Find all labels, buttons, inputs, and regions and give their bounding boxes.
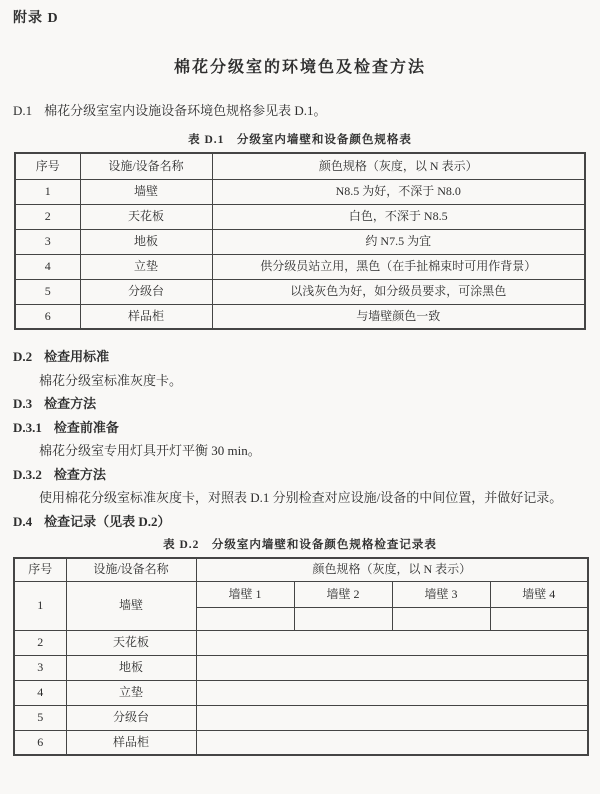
section-heading-d2: D.2检查用标准 [13,345,587,369]
table-row: 1 墙壁 N8.5 为好，不深于 N8.0 [15,179,585,204]
cell-wall-4-value [490,607,588,630]
table-d2-caption: 表 D.2 分级室内墙壁和设备颜色规格检查记录表 [13,536,587,552]
table-row: 3 地板 [14,655,588,680]
table-row: 5 分级台 [14,705,588,730]
table-row: 6 样品柜 与墙壁颜色一致 [15,304,585,329]
cell-wall-3-value [392,607,490,630]
section-heading-d32: D.3.2检查方法 [13,463,587,487]
cell-name: 立垫 [66,680,196,705]
cell-number: 6 [15,304,80,329]
cell-spec: 供分级员站立用，黑色（在手扯棉束时可用作背景） [212,254,585,279]
column-header-name: 设施/设备名称 [80,153,212,179]
cell-name: 墙壁 [66,581,196,630]
table-d1: 序号 设施/设备名称 颜色规格（灰度，以 N 表示） 1 墙壁 N8.5 为好，… [14,152,586,330]
table-d1-caption: 表 D.1 分级室内墙壁和设备颜色规格表 [13,131,587,147]
cell-record-value [196,630,588,655]
cell-record-value [196,705,588,730]
cell-name: 立垫 [80,254,212,279]
cell-number: 5 [15,279,80,304]
cell-number: 6 [14,730,66,755]
cell-number: 1 [15,179,80,204]
cell-spec: 白色，不深于 N8.5 [212,204,585,229]
column-header-seq: 序号 [14,558,66,581]
table-row: 3 地板 约 N7.5 为宜 [15,229,585,254]
paragraph-d31: 棉花分级室专用灯具开灯平衡 30 min。 [13,439,587,463]
clause-d1-number: D.1 [13,103,32,118]
appendix-label: 附录 D [13,7,587,27]
cell-wall-1-value [196,607,294,630]
cell-spec: 约 N7.5 为宜 [212,229,585,254]
cell-name: 分级台 [66,705,196,730]
paragraph-d32: 使用棉花分级室标准灰度卡，对照表 D.1 分别检查对应设施/设备的中间位置，并做… [13,486,587,510]
table-d2: 序号 设施/设备名称 颜色规格（灰度，以 N 表示） 1 墙壁 墙壁 1 墙壁 … [13,557,589,756]
cell-wall-3-header: 墙壁 3 [392,581,490,607]
cell-name: 样品柜 [66,730,196,755]
cell-name: 样品柜 [80,304,212,329]
clause-d1-text: 棉花分级室室内设施设备环境色规格参见表 D.1。 [44,103,326,118]
table-row: 4 立垫 供分级员站立用，黑色（在手扯棉束时可用作背景） [15,254,585,279]
cell-spec: N8.5 为好，不深于 N8.0 [212,179,585,204]
cell-number: 3 [15,229,80,254]
column-header-spec: 颜色规格（灰度，以 N 表示） [212,153,585,179]
cell-number: 1 [14,581,66,630]
paragraph-d2: 棉花分级室标准灰度卡。 [13,369,587,393]
cell-wall-2-header: 墙壁 2 [294,581,392,607]
cell-record-value [196,655,588,680]
cell-spec: 与墙壁颜色一致 [212,304,585,329]
cell-wall-4-header: 墙壁 4 [490,581,588,607]
table-row: 2 天花板 白色，不深于 N8.5 [15,204,585,229]
table-d1-header-row: 序号 设施/设备名称 颜色规格（灰度，以 N 表示） [15,153,585,179]
table-row: 5 分级台 以浅灰色为好，如分级员要求，可涂黑色 [15,279,585,304]
section-heading-d4: D.4检查记录（见表 D.2） [13,510,587,534]
cell-number: 2 [15,204,80,229]
table-row: 4 立垫 [14,680,588,705]
cell-wall-1-header: 墙壁 1 [196,581,294,607]
cell-number: 4 [15,254,80,279]
section-heading-d3: D.3检查方法 [13,392,587,416]
cell-number: 5 [14,705,66,730]
cell-number: 3 [14,655,66,680]
cell-name: 墙壁 [80,179,212,204]
table-row: 6 样品柜 [14,730,588,755]
column-header-seq: 序号 [15,153,80,179]
cell-name: 天花板 [66,630,196,655]
cell-number: 2 [14,630,66,655]
cell-name: 天花板 [80,204,212,229]
clauses-block: D.2检查用标准 棉花分级室标准灰度卡。 D.3检查方法 D.3.1检查前准备 … [13,345,587,533]
cell-wall-2-value [294,607,392,630]
cell-record-value [196,680,588,705]
column-header-spec: 颜色规格（灰度，以 N 表示） [196,558,588,581]
table-row-wall: 1 墙壁 墙壁 1 墙壁 2 墙壁 3 墙壁 4 [14,581,588,607]
document-page: 附录 D 棉花分级室的环境色及检查方法 D.1棉花分级室室内设施设备环境色规格参… [0,0,600,794]
cell-spec: 以浅灰色为好，如分级员要求，可涂黑色 [212,279,585,304]
cell-name: 地板 [80,229,212,254]
cell-name: 分级台 [80,279,212,304]
cell-number: 4 [14,680,66,705]
section-heading-d31: D.3.1检查前准备 [13,416,587,440]
table-row: 2 天花板 [14,630,588,655]
table-d2-header-row: 序号 设施/设备名称 颜色规格（灰度，以 N 表示） [14,558,588,581]
page-title: 棉花分级室的环境色及检查方法 [13,54,587,77]
column-header-name: 设施/设备名称 [66,558,196,581]
cell-record-value [196,730,588,755]
clause-d1: D.1棉花分级室室内设施设备环境色规格参见表 D.1。 [13,102,587,120]
cell-name: 地板 [66,655,196,680]
